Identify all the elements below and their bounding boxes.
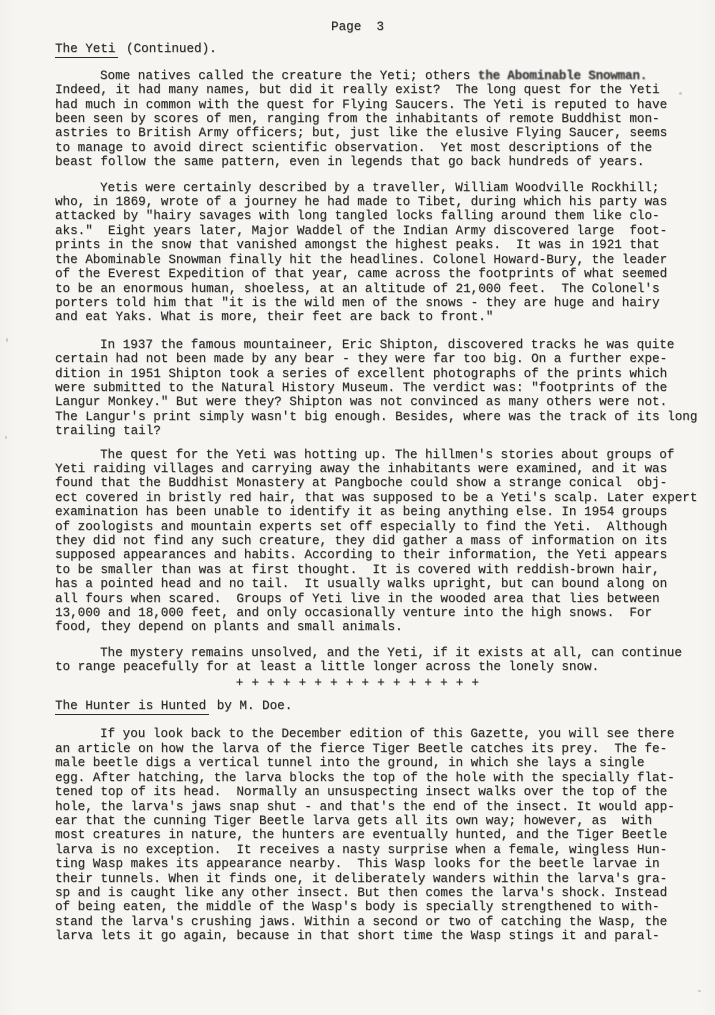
page-number: Page 3 [55, 20, 660, 34]
plus-separator: + + + + + + + + + + + + + + + + [55, 676, 660, 690]
section-title-yeti-suffix: (Continued). [118, 42, 216, 56]
paragraph-yeti-2: Yetis were certainly described by a trav… [55, 181, 660, 325]
paragraph-hunter-1: If you look back to the December edition… [55, 727, 660, 943]
document-page: Page 3 The Yeti (Continued). Some native… [0, 0, 715, 1015]
paragraph-yeti-4: The quest for the Yeti was hotting up. T… [55, 448, 660, 635]
scan-speck [5, 436, 7, 439]
paragraph-text: Indeed, it had many names, but did it re… [55, 83, 667, 169]
section-title-hunter-suffix: by M. Doe. [209, 699, 292, 713]
section-title-hunter-underlined: The Hunter is Hunted [55, 699, 209, 715]
section-title-yeti: The Yeti (Continued). [55, 42, 660, 56]
paragraph-yeti-5: The mystery remains unsolved, and the Ye… [55, 646, 660, 675]
section-title-hunter: The Hunter is Hunted by M. Doe. [55, 699, 660, 713]
scan-speck [508, 737, 511, 739]
paragraph-yeti-1: Some natives called the creature the Yet… [55, 69, 660, 170]
scan-speck [698, 990, 701, 992]
section-title-yeti-underlined: The Yeti [55, 42, 118, 58]
scan-speck [6, 338, 8, 342]
paragraph-text: Some natives called the creature the Yet… [100, 69, 478, 83]
scan-speck [679, 92, 682, 95]
overstruck-text: the Abominable Snowman. [478, 69, 647, 83]
paragraph-yeti-3: In 1937 the famous mountaineer, Eric Shi… [55, 338, 660, 439]
